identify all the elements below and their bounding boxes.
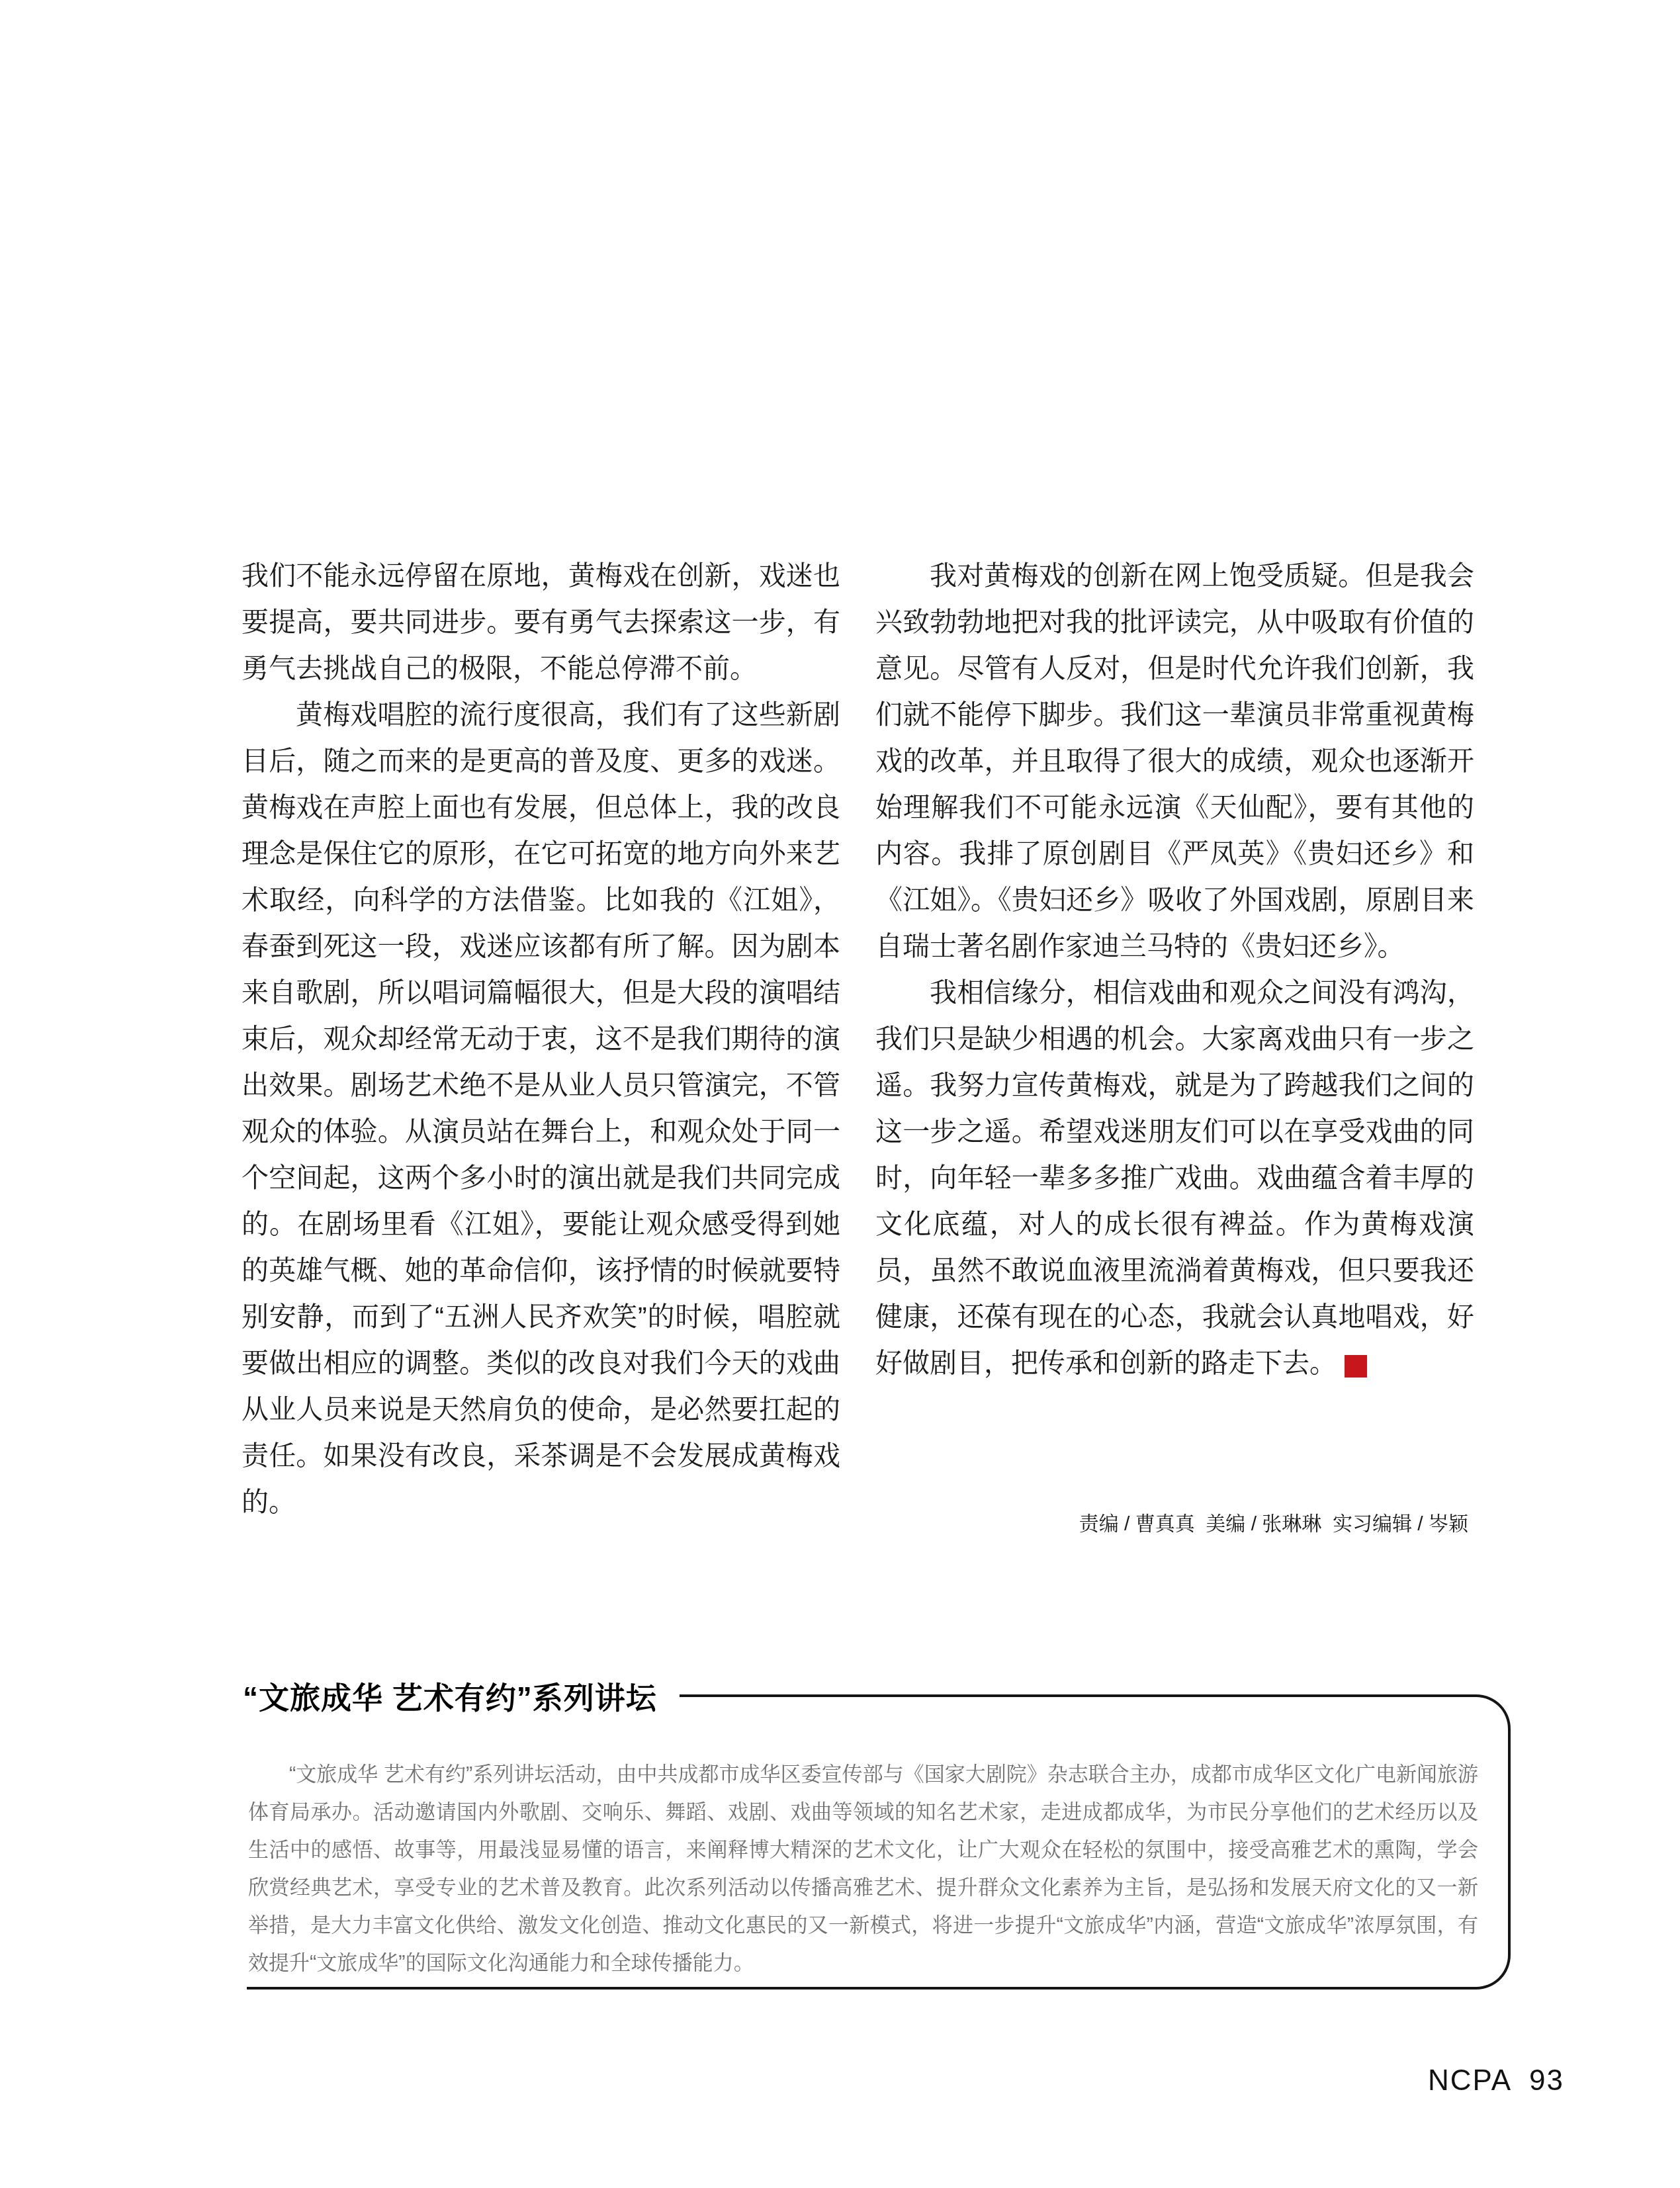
text-column-right: 我对黄梅戏的创新在网上饱受质疑。但是我会兴致勃勃地把对我的批评读完，从中吸取有价…	[875, 552, 1474, 1525]
paragraph: 黄梅戏唱腔的流行度很高，我们有了这些新剧目后，随之而来的是更高的普及度、更多的戏…	[242, 691, 840, 1525]
ncpa-end-mark-icon: NCPA	[1345, 1355, 1367, 1378]
article-body: 我们不能永远停留在原地，黄梅戏在创新，戏迷也要提高，要共同进步。要有勇气去探索这…	[242, 552, 1474, 1525]
page-footer: NCPA93	[1428, 2066, 1564, 2096]
paragraph: 我们不能永远停留在原地，黄梅戏在创新，戏迷也要提高，要共同进步。要有勇气去探索这…	[242, 552, 840, 691]
lecture-series-description: “文旅成华 艺术有约”系列讲坛活动，由中共成都市成华区委宣传部与《国家大剧院》杂…	[247, 1697, 1508, 1982]
paragraph: 我相信缘分，相信戏曲和观众之间没有鸿沟，我们只是缺少相遇的机会。大家离戏曲只有一…	[875, 969, 1474, 1386]
lecture-series-box: “文旅成华 艺术有约”系列讲坛 “文旅成华 艺术有约”系列讲坛活动，由中共成都市…	[247, 1694, 1511, 1990]
page-number: 93	[1529, 2064, 1564, 2097]
footer-brand: NCPA	[1428, 2064, 1512, 2097]
text-column-left: 我们不能永远停留在原地，黄梅戏在创新，戏迷也要提高，要共同进步。要有勇气去探索这…	[242, 552, 840, 1525]
lecture-series-title: “文旅成华 艺术有约”系列讲坛	[243, 1674, 680, 1718]
ncpa-logo-line2: PA	[1345, 1366, 1367, 1377]
paragraph: 我对黄梅戏的创新在网上饱受质疑。但是我会兴致勃勃地把对我的批评读完，从中吸取有价…	[875, 552, 1474, 969]
editor-credit-line: 责编 / 曹真真 美编 / 张琳琳 实习编辑 / 岑颖	[1079, 1510, 1468, 1539]
magazine-page: 我们不能永远停留在原地，黄梅戏在创新，戏迷也要提高，要共同进步。要有勇气去探索这…	[0, 0, 1680, 2188]
ncpa-logo-line1: NC	[1345, 1356, 1367, 1366]
paragraph-text: 我相信缘分，相信戏曲和观众之间没有鸿沟，我们只是缺少相遇的机会。大家离戏曲只有一…	[875, 977, 1474, 1378]
